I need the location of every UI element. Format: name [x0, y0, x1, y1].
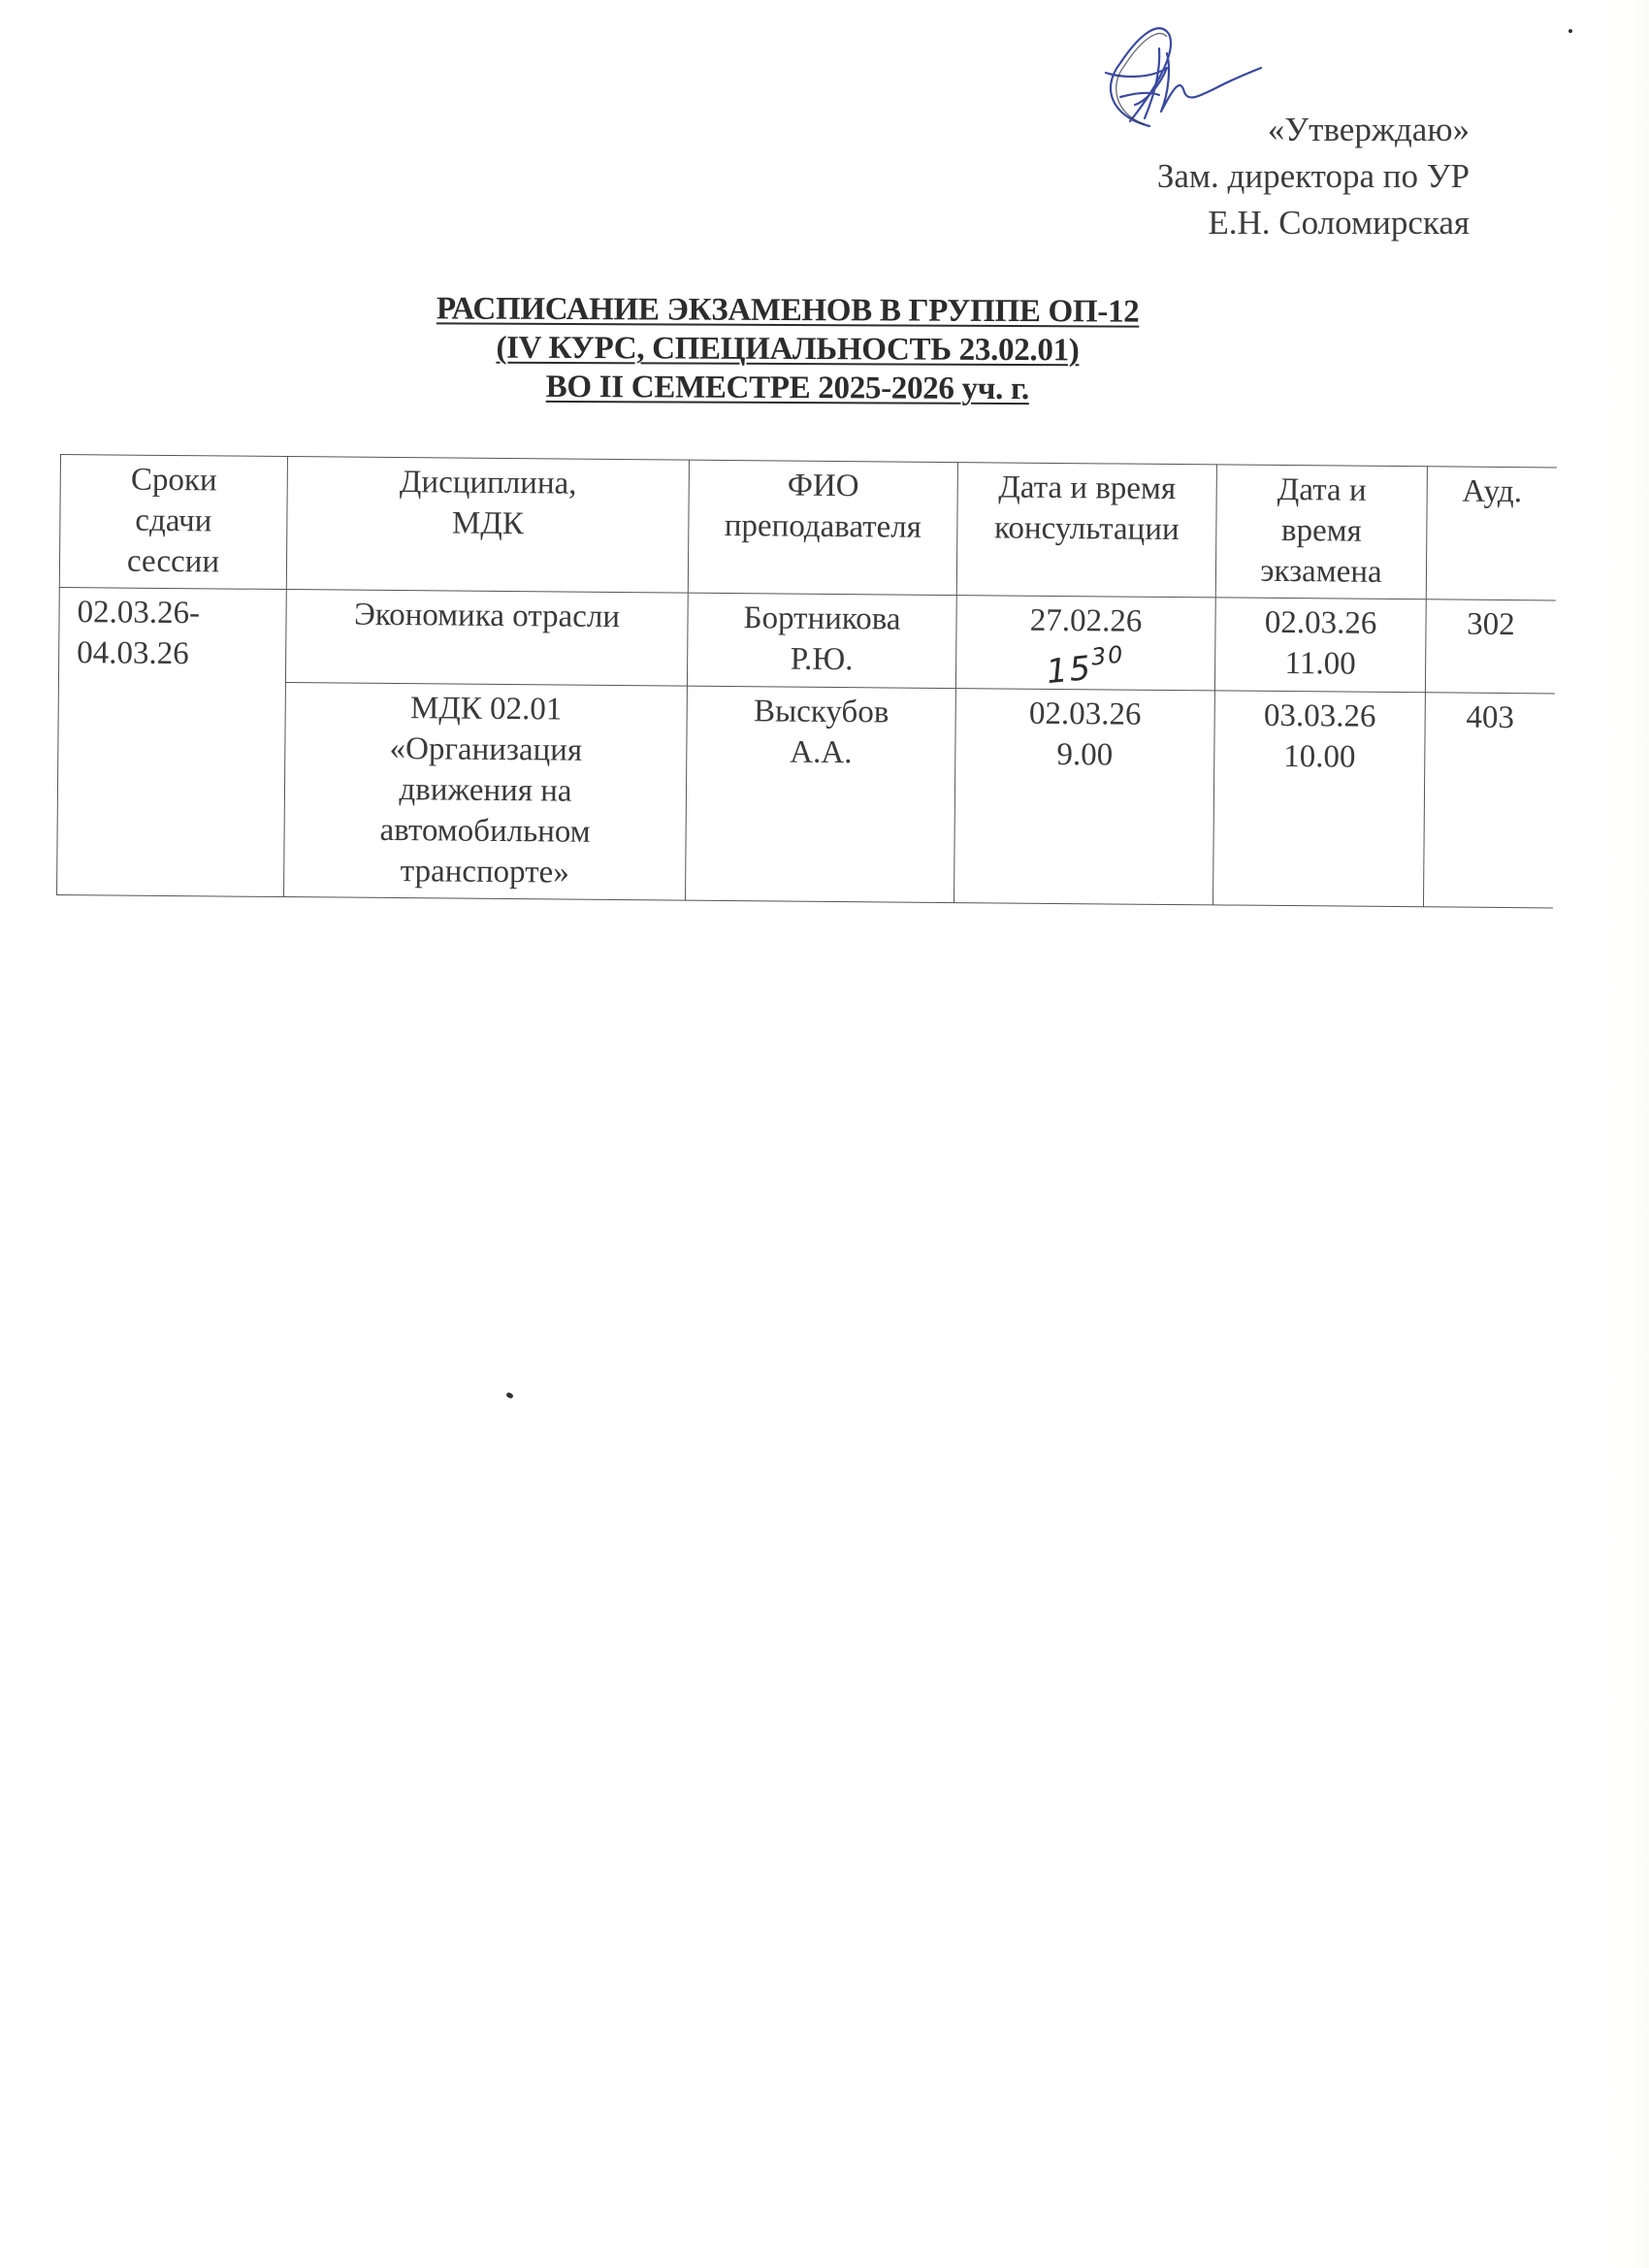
- discipline-name: транспорте»: [288, 850, 681, 894]
- header-text: Дисциплина,: [292, 461, 685, 505]
- room-number: 302: [1430, 603, 1551, 645]
- scan-edge-shadow: [1610, 0, 1649, 2268]
- table-header-row: Сроки сдачи сессии Дисциплина, МДК ФИО п…: [59, 455, 1557, 600]
- teacher-cell: Бортникова Р.Ю.: [687, 593, 956, 688]
- teacher-initials: Р.Ю.: [692, 638, 952, 681]
- minutes: 30: [1090, 640, 1126, 670]
- title-line-1: РАСПИСАНИЕ ЭКЗАМЕНОВ В ГРУППЕ ОП-12: [436, 291, 1140, 329]
- room-cell: 403: [1423, 693, 1554, 908]
- room-number: 403: [1430, 697, 1551, 738]
- header-text: консультации: [961, 507, 1212, 550]
- exam-time: 10.00: [1218, 735, 1420, 778]
- title-line-3: ВО II СЕМЕСТРЕ 2025-2026 уч. г.: [546, 370, 1029, 406]
- discipline-name: «Организация: [289, 728, 682, 772]
- discipline-cell: Экономика отрасли: [285, 590, 688, 687]
- exam-datetime-cell: 02.03.26 11.00: [1214, 598, 1426, 693]
- header-discipline: Дисциплина, МДК: [286, 457, 689, 594]
- exam-schedule-table: Сроки сдачи сессии Дисциплина, МДК ФИО п…: [56, 454, 1557, 908]
- discipline-name: автомобильном: [288, 809, 681, 854]
- hours: 15: [1045, 649, 1094, 692]
- exam-schedule-table-wrap: Сроки сдачи сессии Дисциплина, МДК ФИО п…: [56, 454, 1557, 908]
- approval-block: «Утверждаю» Зам. директора по УР Е.Н. Со…: [1157, 107, 1470, 246]
- header-text: МДК: [291, 502, 684, 546]
- header-teacher: ФИО преподавателя: [688, 460, 957, 595]
- header-text: Дата и время: [962, 467, 1212, 509]
- header-exam-datetime: Дата и время экзамена: [1215, 465, 1427, 599]
- teacher-surname: Выскубов: [692, 691, 952, 733]
- consultation-time: 9.00: [959, 733, 1210, 776]
- session-start: 02.03.26-: [77, 592, 281, 634]
- header-text: Дата и: [1221, 469, 1423, 511]
- teacher-cell: Выскубов А.А.: [686, 686, 956, 902]
- exam-time: 11.00: [1219, 642, 1421, 685]
- title-line-2: (IV КУРС, СПЕЦИАЛЬНОСТЬ 23.02.01): [496, 331, 1079, 369]
- page-title: РАСПИСАНИЕ ЭКЗАМЕНОВ В ГРУППЕ ОП-12 (IV …: [0, 287, 1612, 410]
- consultation-cell: 27.02.26 1530: [955, 596, 1215, 691]
- discipline-name: Экономика отрасли: [290, 594, 683, 638]
- approver-name: Е.Н. Соломирская: [1157, 200, 1470, 246]
- session-period-cell: 02.03.26- 04.03.26: [57, 587, 287, 896]
- exam-date: 03.03.26: [1219, 695, 1421, 737]
- exam-datetime-cell: 03.03.26 10.00: [1212, 691, 1425, 907]
- header-text: ФИО: [694, 465, 954, 507]
- header-text: преподавателя: [693, 505, 953, 548]
- scan-speck: [505, 1392, 514, 1400]
- header-text: Сроки: [65, 459, 283, 502]
- session-end: 04.03.26: [77, 632, 281, 675]
- header-text: сессии: [64, 540, 282, 583]
- consultation-date: 02.03.26: [960, 693, 1211, 735]
- discipline-name: движения на: [289, 768, 682, 813]
- scan-speck: [1568, 29, 1572, 33]
- discipline-cell: МДК 02.01 «Организация движения на автом…: [284, 683, 688, 901]
- header-room: Ауд.: [1426, 467, 1557, 600]
- discipline-name: МДК 02.01: [290, 687, 683, 731]
- header-text: время: [1220, 509, 1422, 552]
- room-cell: 302: [1425, 599, 1555, 694]
- approver-position: Зам. директора по УР: [1157, 153, 1470, 200]
- teacher-initials: А.А.: [691, 731, 951, 774]
- teacher-surname: Бортникова: [692, 598, 952, 640]
- header-text: экзамена: [1220, 550, 1422, 593]
- header-text: сдачи: [64, 500, 282, 542]
- table-row: 02.03.26- 04.03.26 Экономика отрасли Бор…: [58, 587, 1555, 693]
- header-text: Ауд.: [1432, 470, 1553, 512]
- approval-stamp: «Утверждаю»: [1157, 107, 1470, 153]
- document-page: «Утверждаю» Зам. директора по УР Е.Н. Со…: [0, 0, 1649, 2268]
- header-consultation: Дата и время консультации: [956, 463, 1216, 598]
- exam-date: 02.03.26: [1219, 601, 1421, 644]
- consultation-cell: 02.03.26 9.00: [954, 689, 1214, 905]
- header-session-period: Сроки сдачи сессии: [59, 455, 287, 590]
